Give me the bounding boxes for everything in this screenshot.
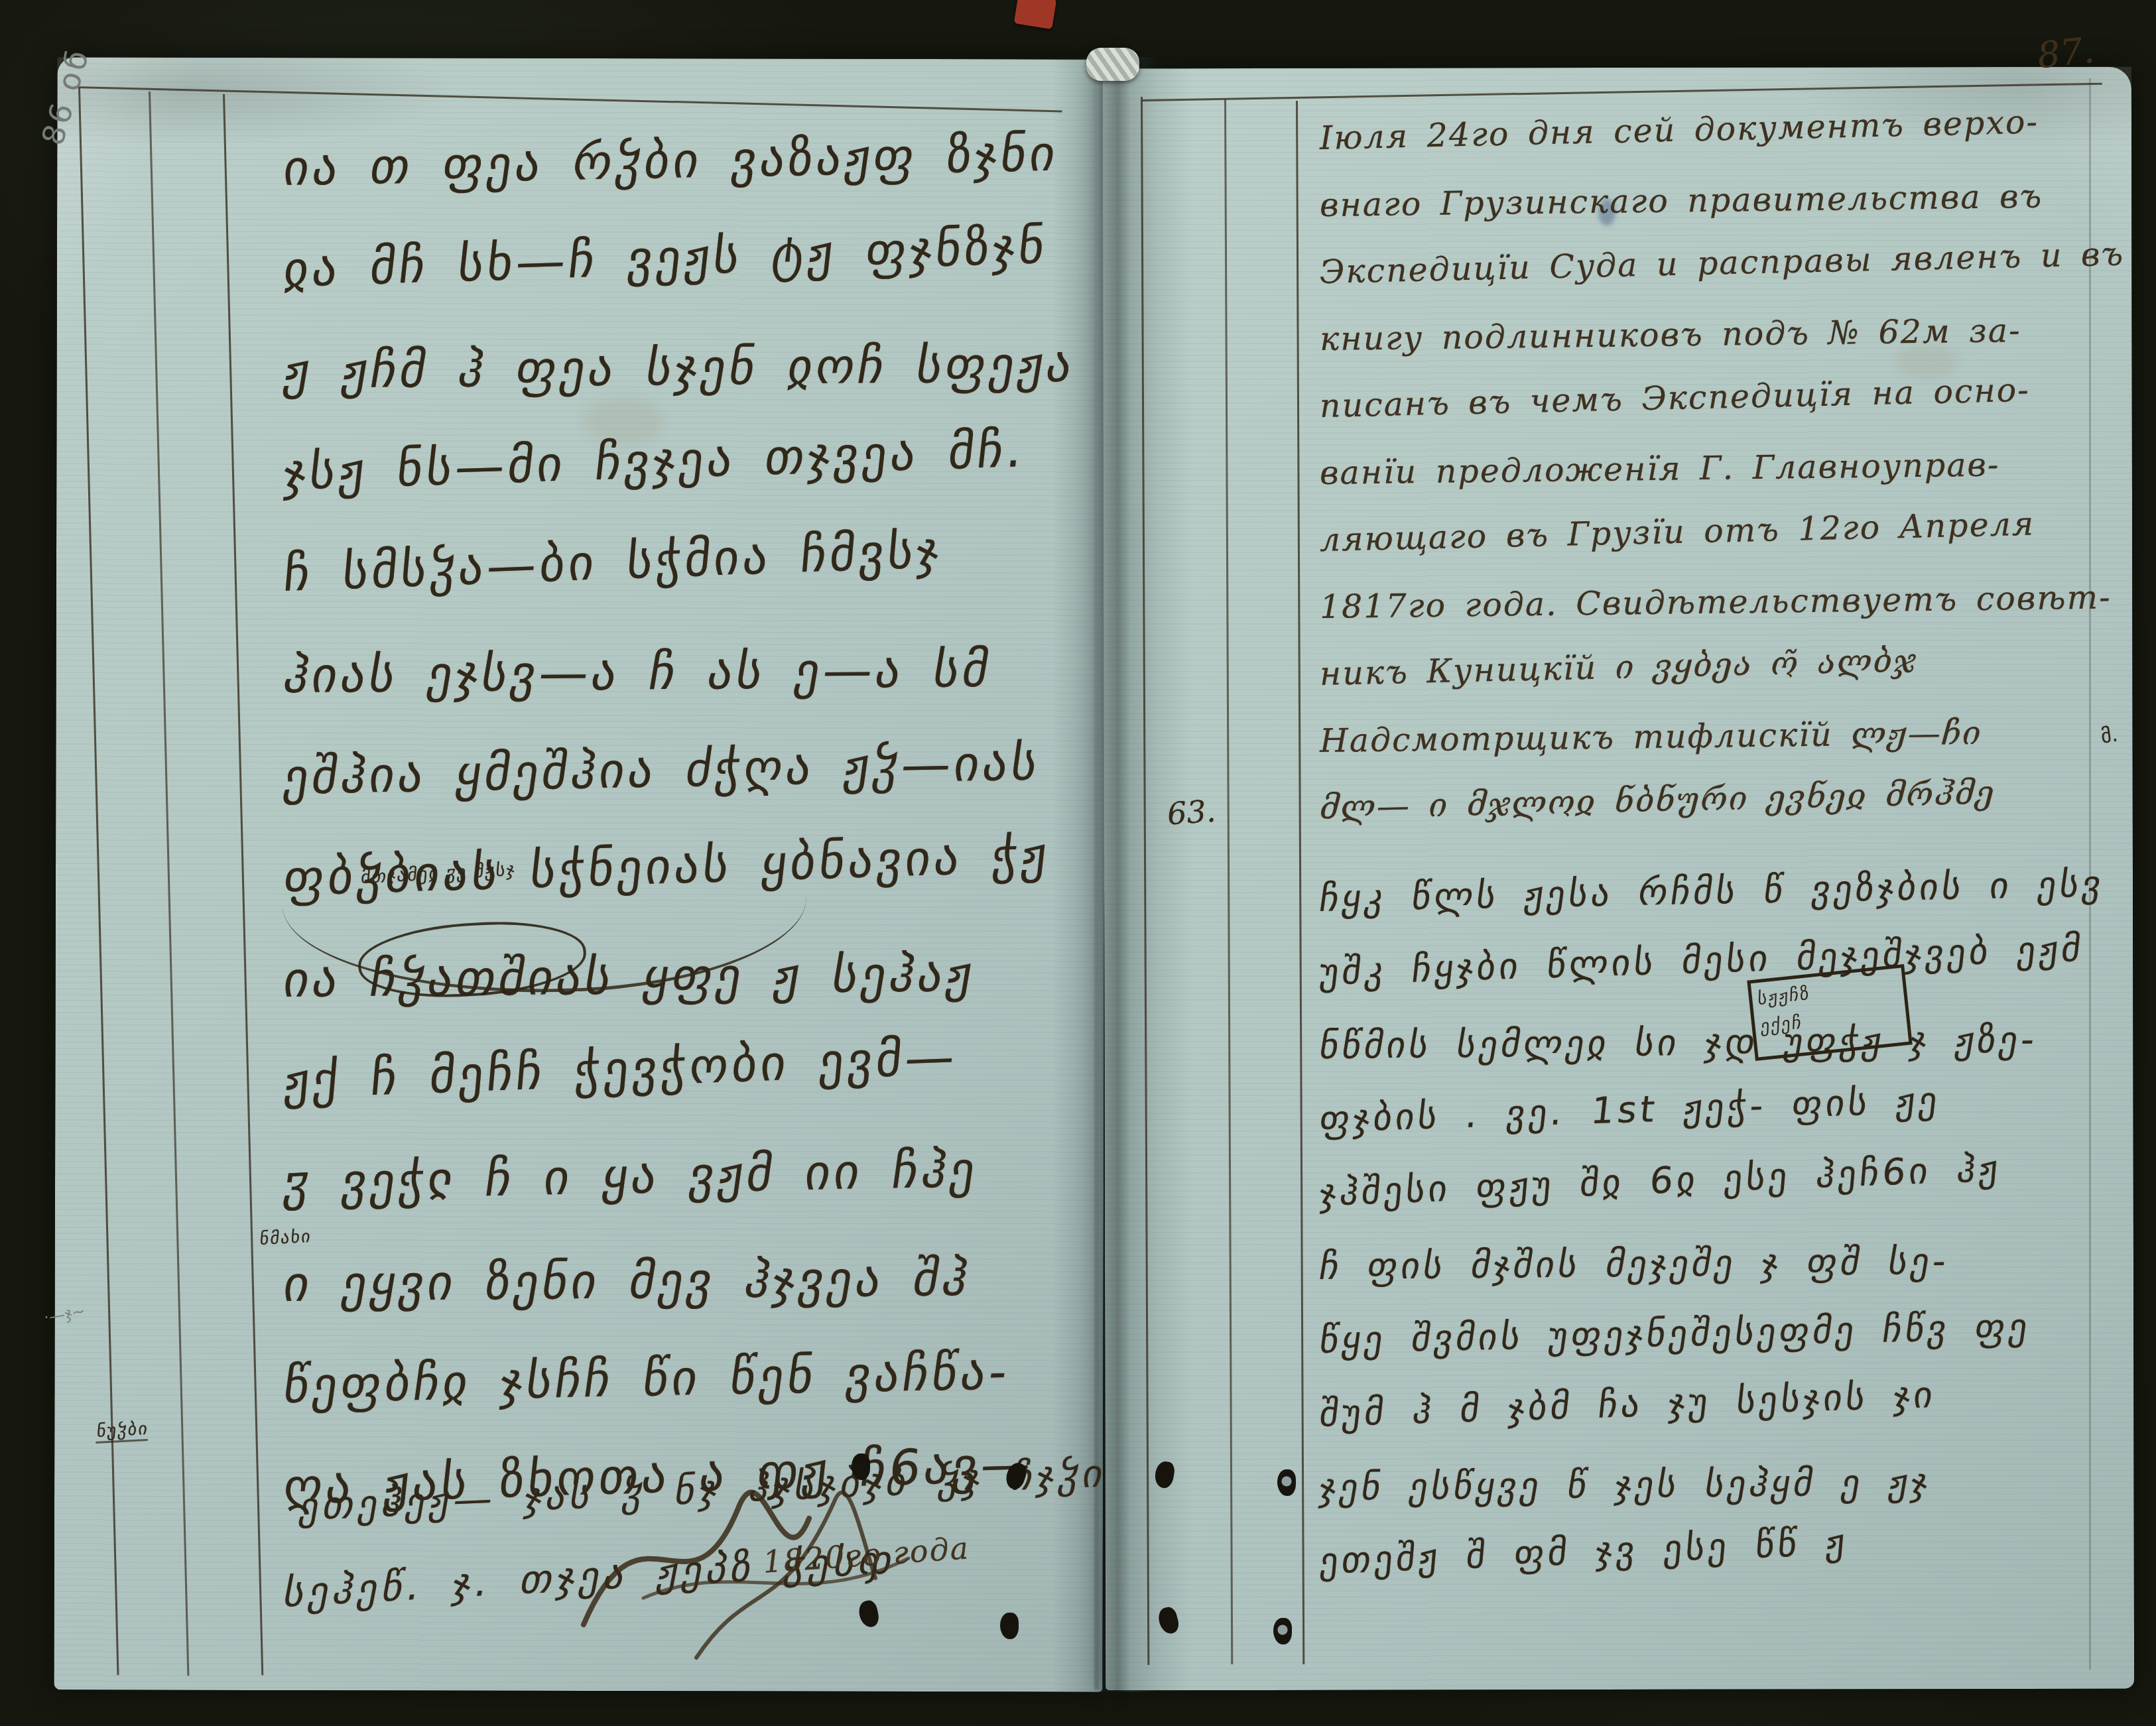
catchword: მ. bbox=[2100, 723, 2120, 748]
boxed-correction: სჟჟჩზ ექეჩ bbox=[1747, 964, 1912, 1061]
right-page-russian-text: Іюля 24го дня сей документъ верхо-внаго … bbox=[1320, 105, 2116, 841]
red-bookmark bbox=[1014, 0, 1056, 29]
page-number: 87. bbox=[2035, 29, 2096, 77]
handwritten-line: ჳ ვეჭჺ ჩ ი ყა ვჟმ იი ჩჰე bbox=[277, 1117, 1109, 1234]
ink-blot bbox=[1000, 1613, 1019, 1639]
book-scan: 86 об 87. ია თ ფეა რჴბი ვაზაჟფ ზჯნიჲა მჩ… bbox=[0, 0, 2156, 1726]
binding-hole bbox=[1277, 1469, 1296, 1496]
handwritten-line: ი ეყვი ზენი მევ ჰჯვეა შჰ bbox=[275, 1227, 1109, 1335]
left-page-text: ია თ ფეა რჴბი ვაზაჟფ ზჯნიჲა მჩ სხ—ჩ ვეჟს… bbox=[284, 118, 1100, 1538]
right-page-georgian-text: ჩყკ წლს ჟესა რჩმს წ ვეზჯბის ი ესვუშკ ჩყჯ… bbox=[1320, 862, 2122, 1598]
handwritten-line: ჰიას ეჯსვ—ა ჩ ას ე—ა სმ bbox=[275, 618, 1109, 727]
margin-note-small: ნმახი bbox=[259, 1227, 312, 1249]
headband-thread bbox=[1086, 48, 1139, 81]
entry-number: 63. bbox=[1166, 793, 1217, 832]
margin-note-lower: ნუჴბი bbox=[95, 1419, 149, 1444]
ink-blot bbox=[852, 1453, 870, 1480]
binding-hole bbox=[1273, 1618, 1292, 1644]
